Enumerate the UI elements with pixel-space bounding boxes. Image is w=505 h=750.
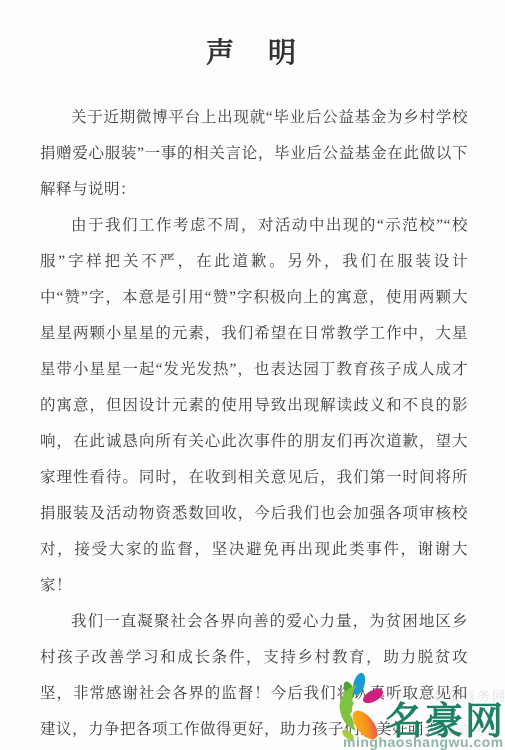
site-watermark: 名豪商务网 名豪商务网 名豪网 minghaosha [330, 662, 505, 750]
statement-title: 声 明 [0, 31, 505, 71]
paragraph-apology: 由于我们工作考虑不周，对活动中出现的“示范校”“校服”字样把关不严，在此道歉。另… [40, 208, 468, 604]
watermark-site-url: minghaoshangwu.com [343, 734, 504, 750]
statement-body: 关于近期微博平台上出现就“毕业后公益基金为乡村学校捐赠爱心服装”一事的相关言论，… [40, 100, 468, 748]
paragraph-intro: 关于近期微博平台上出现就“毕业后公益基金为乡村学校捐赠爱心服装”一事的相关言论，… [40, 100, 468, 208]
statement-page: 声 明 关于近期微博平台上出现就“毕业后公益基金为乡村学校捐赠爱心服装”一事的相… [0, 0, 505, 750]
